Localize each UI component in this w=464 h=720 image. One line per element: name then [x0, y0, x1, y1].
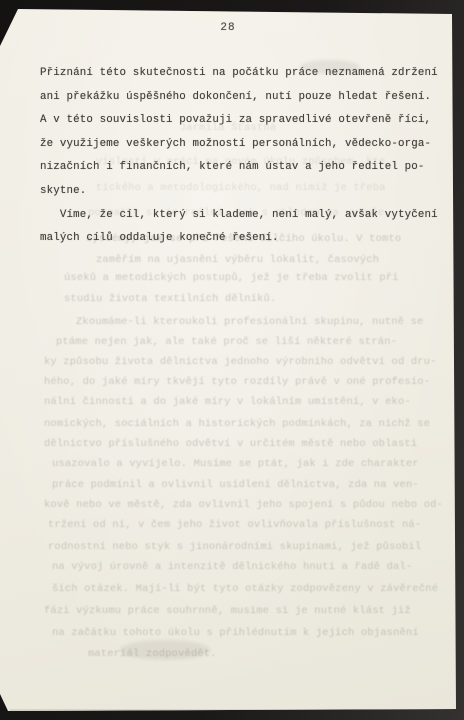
- text-line: nizačních i finančních, které nám ústav …: [40, 156, 436, 180]
- ghost-text-line: usazovalo a vyvíjelo. Musíme se ptát, ja…: [52, 458, 419, 470]
- ghost-text-line: studiu života textilních dělníků.: [64, 293, 276, 305]
- page-number: 28: [0, 22, 456, 34]
- scanned-page: 28 Jarmila Šťastnávislosti v práci na no…: [0, 0, 464, 720]
- text-line: malých cílů oddaluje konečné řešení.: [40, 227, 436, 251]
- paper-smudge: [300, 60, 360, 74]
- text-line: ani překážku úspěšného dokončení, nutí p…: [40, 86, 436, 110]
- ghost-text-line: fázi výzkumu práce souhrnně, musíme si j…: [44, 605, 411, 617]
- ghost-text-line: ších otázek. Mají-li být tyto otázky zod…: [52, 583, 438, 595]
- ghost-text-line: Zkoumáme-li kteroukoli profesionální sku…: [76, 316, 424, 328]
- ghost-text-line: kově nebo ve městě, zda ovlivnil jeho sp…: [44, 499, 443, 511]
- text-line: skytne.: [40, 180, 436, 204]
- ghost-text-line: práce podmínil a ovlivnil usídlení dělni…: [52, 479, 419, 491]
- ghost-text-line: tržení od ní, v čem jeho život ovlivňova…: [48, 519, 421, 531]
- text-line: A v této souvislosti považuji za spraved…: [40, 109, 436, 133]
- ghost-text-line: zaměřím na ujasnění výběru lokalit, časo…: [96, 254, 379, 266]
- ghost-text-line: úseků a metodických postupů, jež je třeb…: [64, 272, 399, 284]
- text-line: Přiznání této skutečnosti na počátku prá…: [40, 62, 436, 86]
- ghost-text-line: ky způsobu života dělnictva jednoho výro…: [44, 356, 437, 368]
- body-text: Přiznání této skutečnosti na počátku prá…: [40, 62, 436, 251]
- text-line: Víme, že cíl, který si klademe, není mal…: [40, 204, 436, 228]
- ghost-text-line: na začátku tohoto úkolu s přihlédnutím k…: [52, 627, 419, 639]
- ghost-text-line: na vývoj úrovně a intenzitě dělnického h…: [52, 561, 412, 573]
- ghost-text-line: hého, do jaké míry tkvějí tyto rozdíly p…: [44, 376, 430, 388]
- ghost-text-line: nální činnosti a do jaké míry v lokálním…: [44, 396, 411, 408]
- ghost-text-line: nomických, sociálních a historických pod…: [44, 418, 430, 430]
- page-bottom-edge: [10, 709, 455, 711]
- text-line: že využijeme veškerých možností personál…: [40, 133, 436, 157]
- paper-smudge: [120, 640, 210, 660]
- ghost-text-line: dělnictvo příslušného odvětví v určitém …: [44, 438, 417, 450]
- ghost-text-line: rodnostní nebo styk s jinonárodními skup…: [48, 541, 421, 553]
- ghost-text-line: ptáme nejen jak, ale také proč se liší n…: [56, 336, 397, 348]
